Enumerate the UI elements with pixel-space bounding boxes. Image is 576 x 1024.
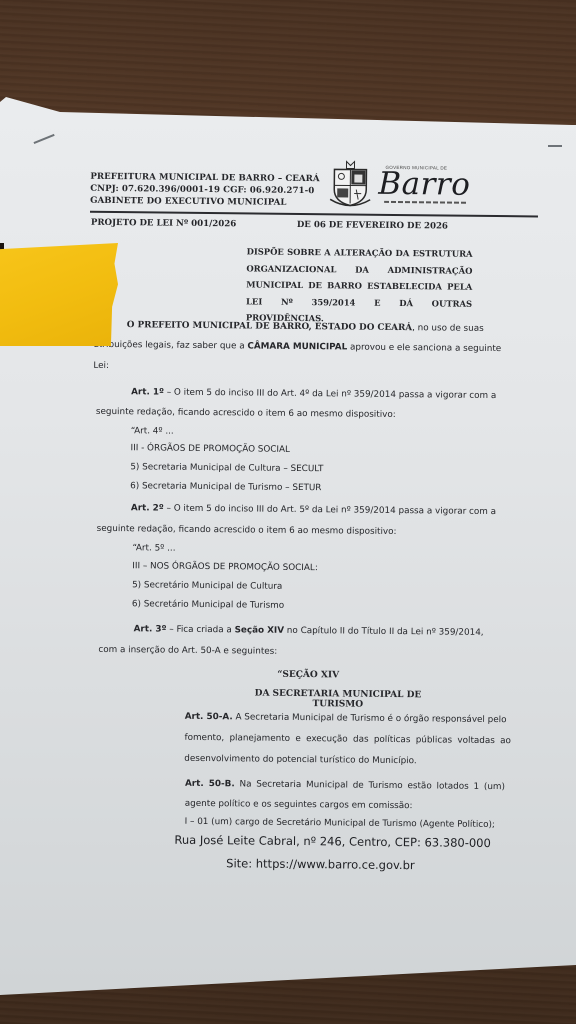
section-title: “SEÇÃO XIV (238, 669, 378, 680)
art-50b-line-3: I – 01 (um) cargo de Secretário Municipa… (185, 817, 495, 830)
chamber-name: CÂMARA MUNICIPAL (247, 341, 347, 352)
art-1-label: Art. 1º (131, 387, 164, 397)
art-1-quote-2: III - ÓRGÃOS DE PROMOÇÃO SOCIAL (130, 443, 290, 455)
section-subtitle: DA SECRETARIA MUNICIPAL DE TURISMO (228, 688, 448, 710)
art-2-quote-1: “Art. 5º ... (132, 543, 175, 553)
art-50b-line-1: Art. 50-B. Na Secretaria Municipal de Tu… (185, 779, 505, 792)
header-divider (90, 211, 538, 218)
art-1-line-2: seguinte redação, ficando acrescido o it… (96, 407, 396, 420)
footer-website: Site: https://www.barro.ce.gov.br (226, 856, 415, 872)
art-2-quote-2: III – NOS ÓRGÃOS DE PROMOÇÃO SOCIAL: (132, 561, 318, 573)
art-50a-line-3: desenvolvimento do potencial turístico d… (184, 754, 416, 766)
preamble-lead: O PREFEITO MUNICIPAL DE BARRO, ESTADO DO… (127, 320, 412, 333)
logo-tagline (384, 201, 466, 204)
art-50a-label: Art. 50-A. (185, 712, 233, 723)
art-1-quote-4: 6) Secretaria Municipal de Turismo – SET… (130, 481, 321, 493)
document-page: PREFEITURA MUNICIPAL DE BARRO – CEARÁ CN… (0, 0, 576, 1024)
art-3-label: Art. 3º (134, 624, 167, 634)
section-ref: Seção XIV (235, 625, 285, 636)
office-name: GABINETE DO EXECUTIVO MUNICIPAL (90, 195, 319, 209)
letterhead-text: PREFEITURA MUNICIPAL DE BARRO – CEARÁ CN… (90, 171, 320, 209)
art-50b-line-2: agente político e os seguintes cargos em… (185, 799, 413, 811)
art-50a-line-1: Art. 50-A. A Secretaria Municipal de Tur… (185, 712, 507, 725)
art-1-line-1: Art. 1º – O item 5 do inciso III do Art.… (131, 387, 496, 401)
art-2-quote-3: 5) Secretário Municipal de Cultura (132, 580, 282, 592)
art-2-line-1: Art. 2º – O item 5 do inciso III do Art.… (131, 503, 496, 517)
art-1-quote-1: “Art. 4º ... (131, 426, 174, 436)
logo-name: Barro (378, 166, 470, 203)
preamble-line-3: Lei: (93, 361, 109, 371)
bill-number: PROJETO DE LEI Nº 001/2026 (91, 218, 236, 230)
coat-of-arms-icon (328, 159, 373, 207)
art-50b-label: Art. 50-B. (185, 779, 235, 790)
art-3-line-2: com a inserção do Art. 50-A e seguintes: (98, 645, 277, 657)
art-2-label: Art. 2º (131, 503, 164, 513)
bill-date: DE 06 DE FEVEREIRO DE 2026 (297, 220, 448, 232)
bill-summary: DISPÕE SOBRE A ALTERAÇÃO DA ESTRUTURA OR… (246, 243, 473, 328)
art-50a-line-2: fomento, planejamento e execução das pol… (184, 733, 511, 746)
footer-address: Rua José Leite Cabral, nº 246, Centro, C… (174, 833, 491, 850)
art-2-quote-4: 6) Secretário Municipal de Turismo (132, 599, 284, 611)
art-1-quote-3: 5) Secretaria Municipal de Cultura – SEC… (130, 462, 323, 474)
preamble-line-2: atribuições legais, faz saber que a CÂMA… (94, 340, 502, 354)
municipal-logo: GOVERNO MUNICIPAL DE Barro (328, 155, 469, 211)
art-2-line-2: seguinte redação, ficando acrescido o it… (97, 524, 397, 537)
yellow-tape (0, 243, 118, 346)
art-3-line-1: Art. 3º – Fica criada a Seção XIV no Cap… (134, 624, 484, 638)
